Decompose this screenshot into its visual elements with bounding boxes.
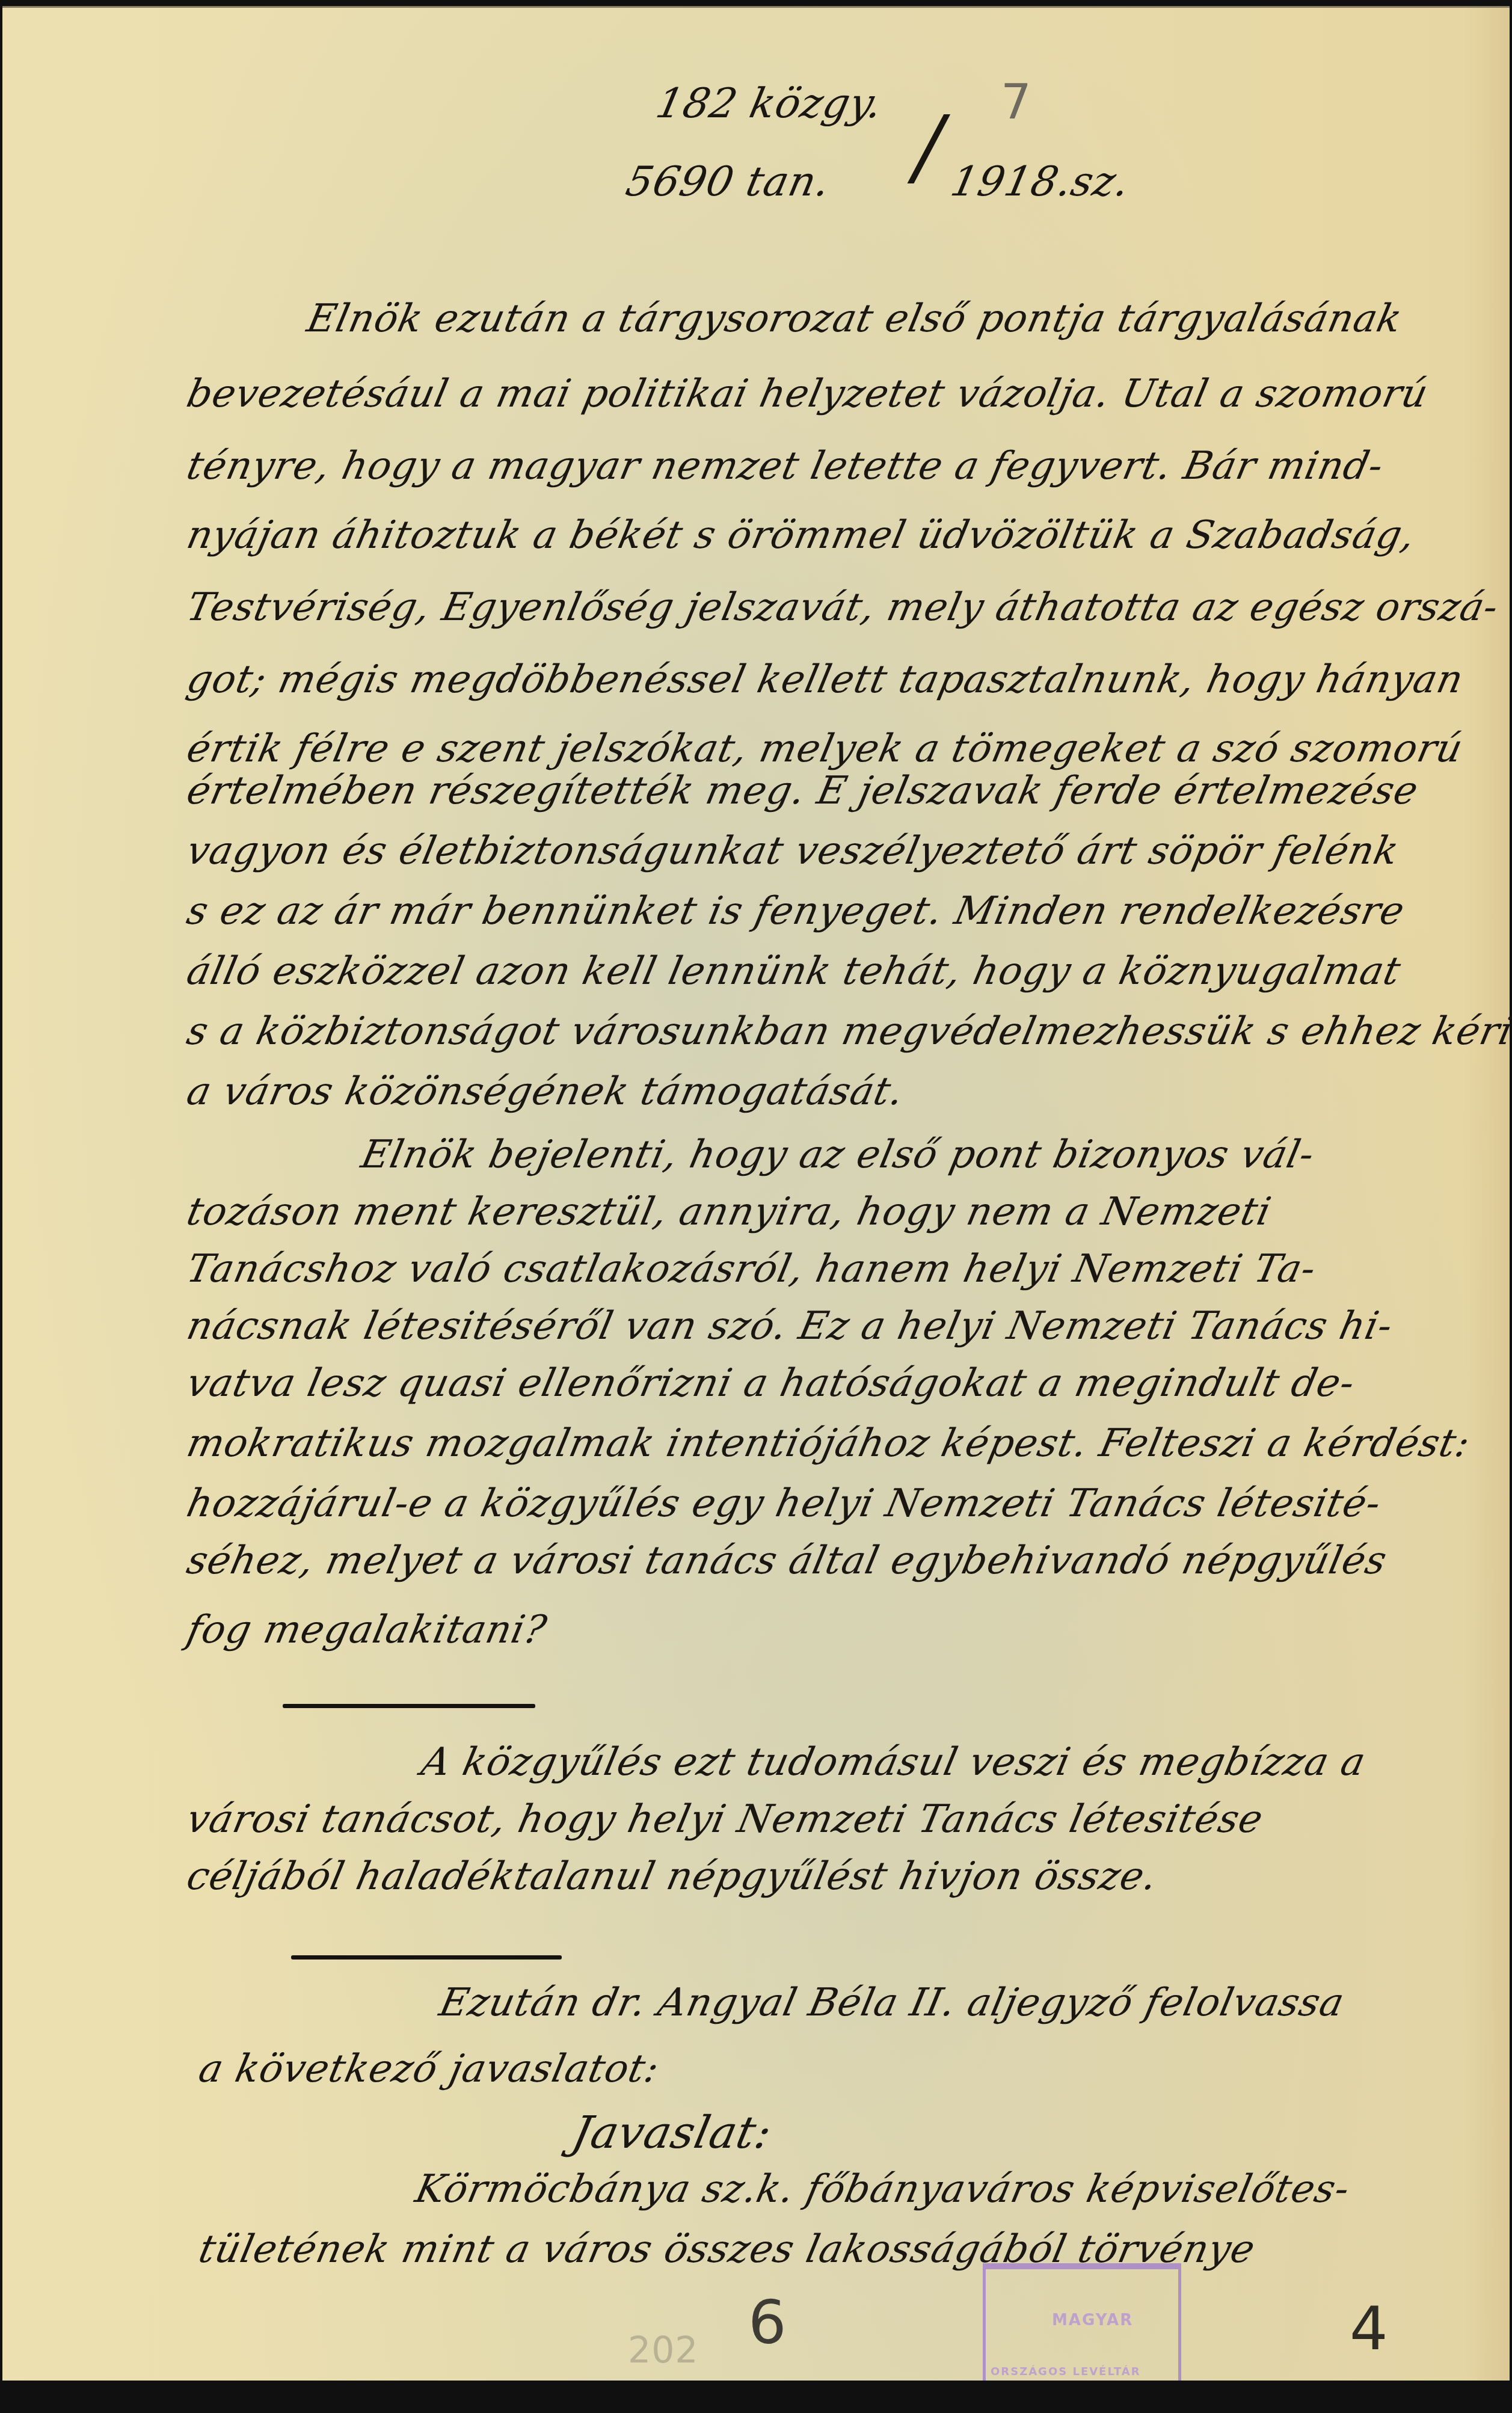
paragraph-3-line: céljából haladéktalanul népgyűlést hivjo… <box>183 1854 1161 1899</box>
paragraph-1-line: got; mégis megdöbbenéssel kellett tapasz… <box>183 657 1467 702</box>
paragraph-3-line: A közgyűlés ezt tudomásul veszi és megbí… <box>417 1740 1370 1784</box>
paragraph-1-line: nyájan áhitoztuk a békét s örömmel üdvöz… <box>183 513 1419 558</box>
paragraph-2-line: vatva lesz quasi ellenőrizni a hatóságok… <box>183 1361 1359 1406</box>
paragraph-1-line: s ez az ár már bennünket is fenyeget. Mi… <box>183 889 1409 933</box>
stamp-line1: MAGYAR <box>1052 2311 1133 2329</box>
document-page: 182 közgy. / 5690 tan. 1918.sz. 7 Elnök … <box>2 6 1510 2382</box>
paragraph-1-line: tényre, hogy a magyar nemzet letette a f… <box>183 444 1388 488</box>
paragraph-4-line: Ezután dr. Angyal Béla II. aljegyző felo… <box>435 1981 1348 2025</box>
paragraph-3-line: városi tanácsot, hogy helyi Nemzeti Taná… <box>183 1797 1267 1842</box>
paragraph-1-line: bevezetésául a mai politikai helyzetet v… <box>183 372 1432 416</box>
paragraph-2-line: Tanácshoz való csatlakozásról, hanem hel… <box>183 1247 1320 1291</box>
paragraph-1-line: értelmében részegítették meg. E jelszava… <box>183 769 1422 813</box>
paragraph-1-line: értik félre e szent jelszókat, melyek a … <box>183 727 1467 771</box>
paragraph-2-line: séhez, melyet a városi tanács által egyb… <box>183 1538 1391 1583</box>
header-separator: / <box>905 98 954 196</box>
stamp-line2: ORSZÁGOS LEVÉLTÁR <box>991 2365 1141 2378</box>
paragraph-5-line: Körmöcbánya sz.k. főbányaváros képviselő… <box>411 2167 1354 2212</box>
paragraph-4-line: a következő javaslatot: <box>195 2047 663 2091</box>
pencil-number-right: 4 <box>1350 2293 1389 2364</box>
pencil-page-number: 7 <box>1001 74 1032 130</box>
paragraph-1-line: s a közbiztonságot városunkban megvédelm… <box>183 1009 1512 1054</box>
scan-border <box>0 2381 1512 2413</box>
pencil-number-faint: 202 <box>628 2329 699 2372</box>
pencil-number-center: 6 <box>748 2287 787 2358</box>
paragraph-2-line: Elnök bejelenti, hogy az első pont bizon… <box>357 1133 1318 1177</box>
paragraph-1-line: Elnök ezután a tárgysorozat első pontja … <box>303 297 1406 341</box>
paragraph-2-line: mokratikus mozgalmak intentiójához képes… <box>183 1421 1474 1466</box>
paragraph-2-line: hozzájárul-e a közgyűlés egy helyi Nemze… <box>183 1481 1385 1526</box>
section-divider <box>283 1704 535 1708</box>
paragraph-2-line: fog megalakitani? <box>183 1608 551 1652</box>
section-divider <box>291 1955 562 1960</box>
paragraph-1-line: vagyon és életbiztonságunkat veszélyezte… <box>183 829 1403 873</box>
header-year: 1918.sz. <box>947 158 1134 206</box>
paragraph-2-line: tozáson ment keresztül, annyira, hogy ne… <box>183 1190 1275 1234</box>
header-reference-line2: 5690 tan. <box>622 158 835 206</box>
paragraph-2-line: nácsnak létesitéséről van szó. Ez a hely… <box>183 1304 1397 1348</box>
paragraph-1-line: álló eszközzel azon kell lennünk tehát, … <box>183 949 1405 994</box>
header-reference-line1: 182 közgy. <box>652 80 887 128</box>
paragraph-1-line: Testvériség, Egyenlőség jelszavát, mely … <box>183 585 1502 630</box>
paragraph-1-line: a város közönségének támogatását. <box>183 1069 908 1114</box>
proposal-heading: Javaslat: <box>568 2107 776 2159</box>
